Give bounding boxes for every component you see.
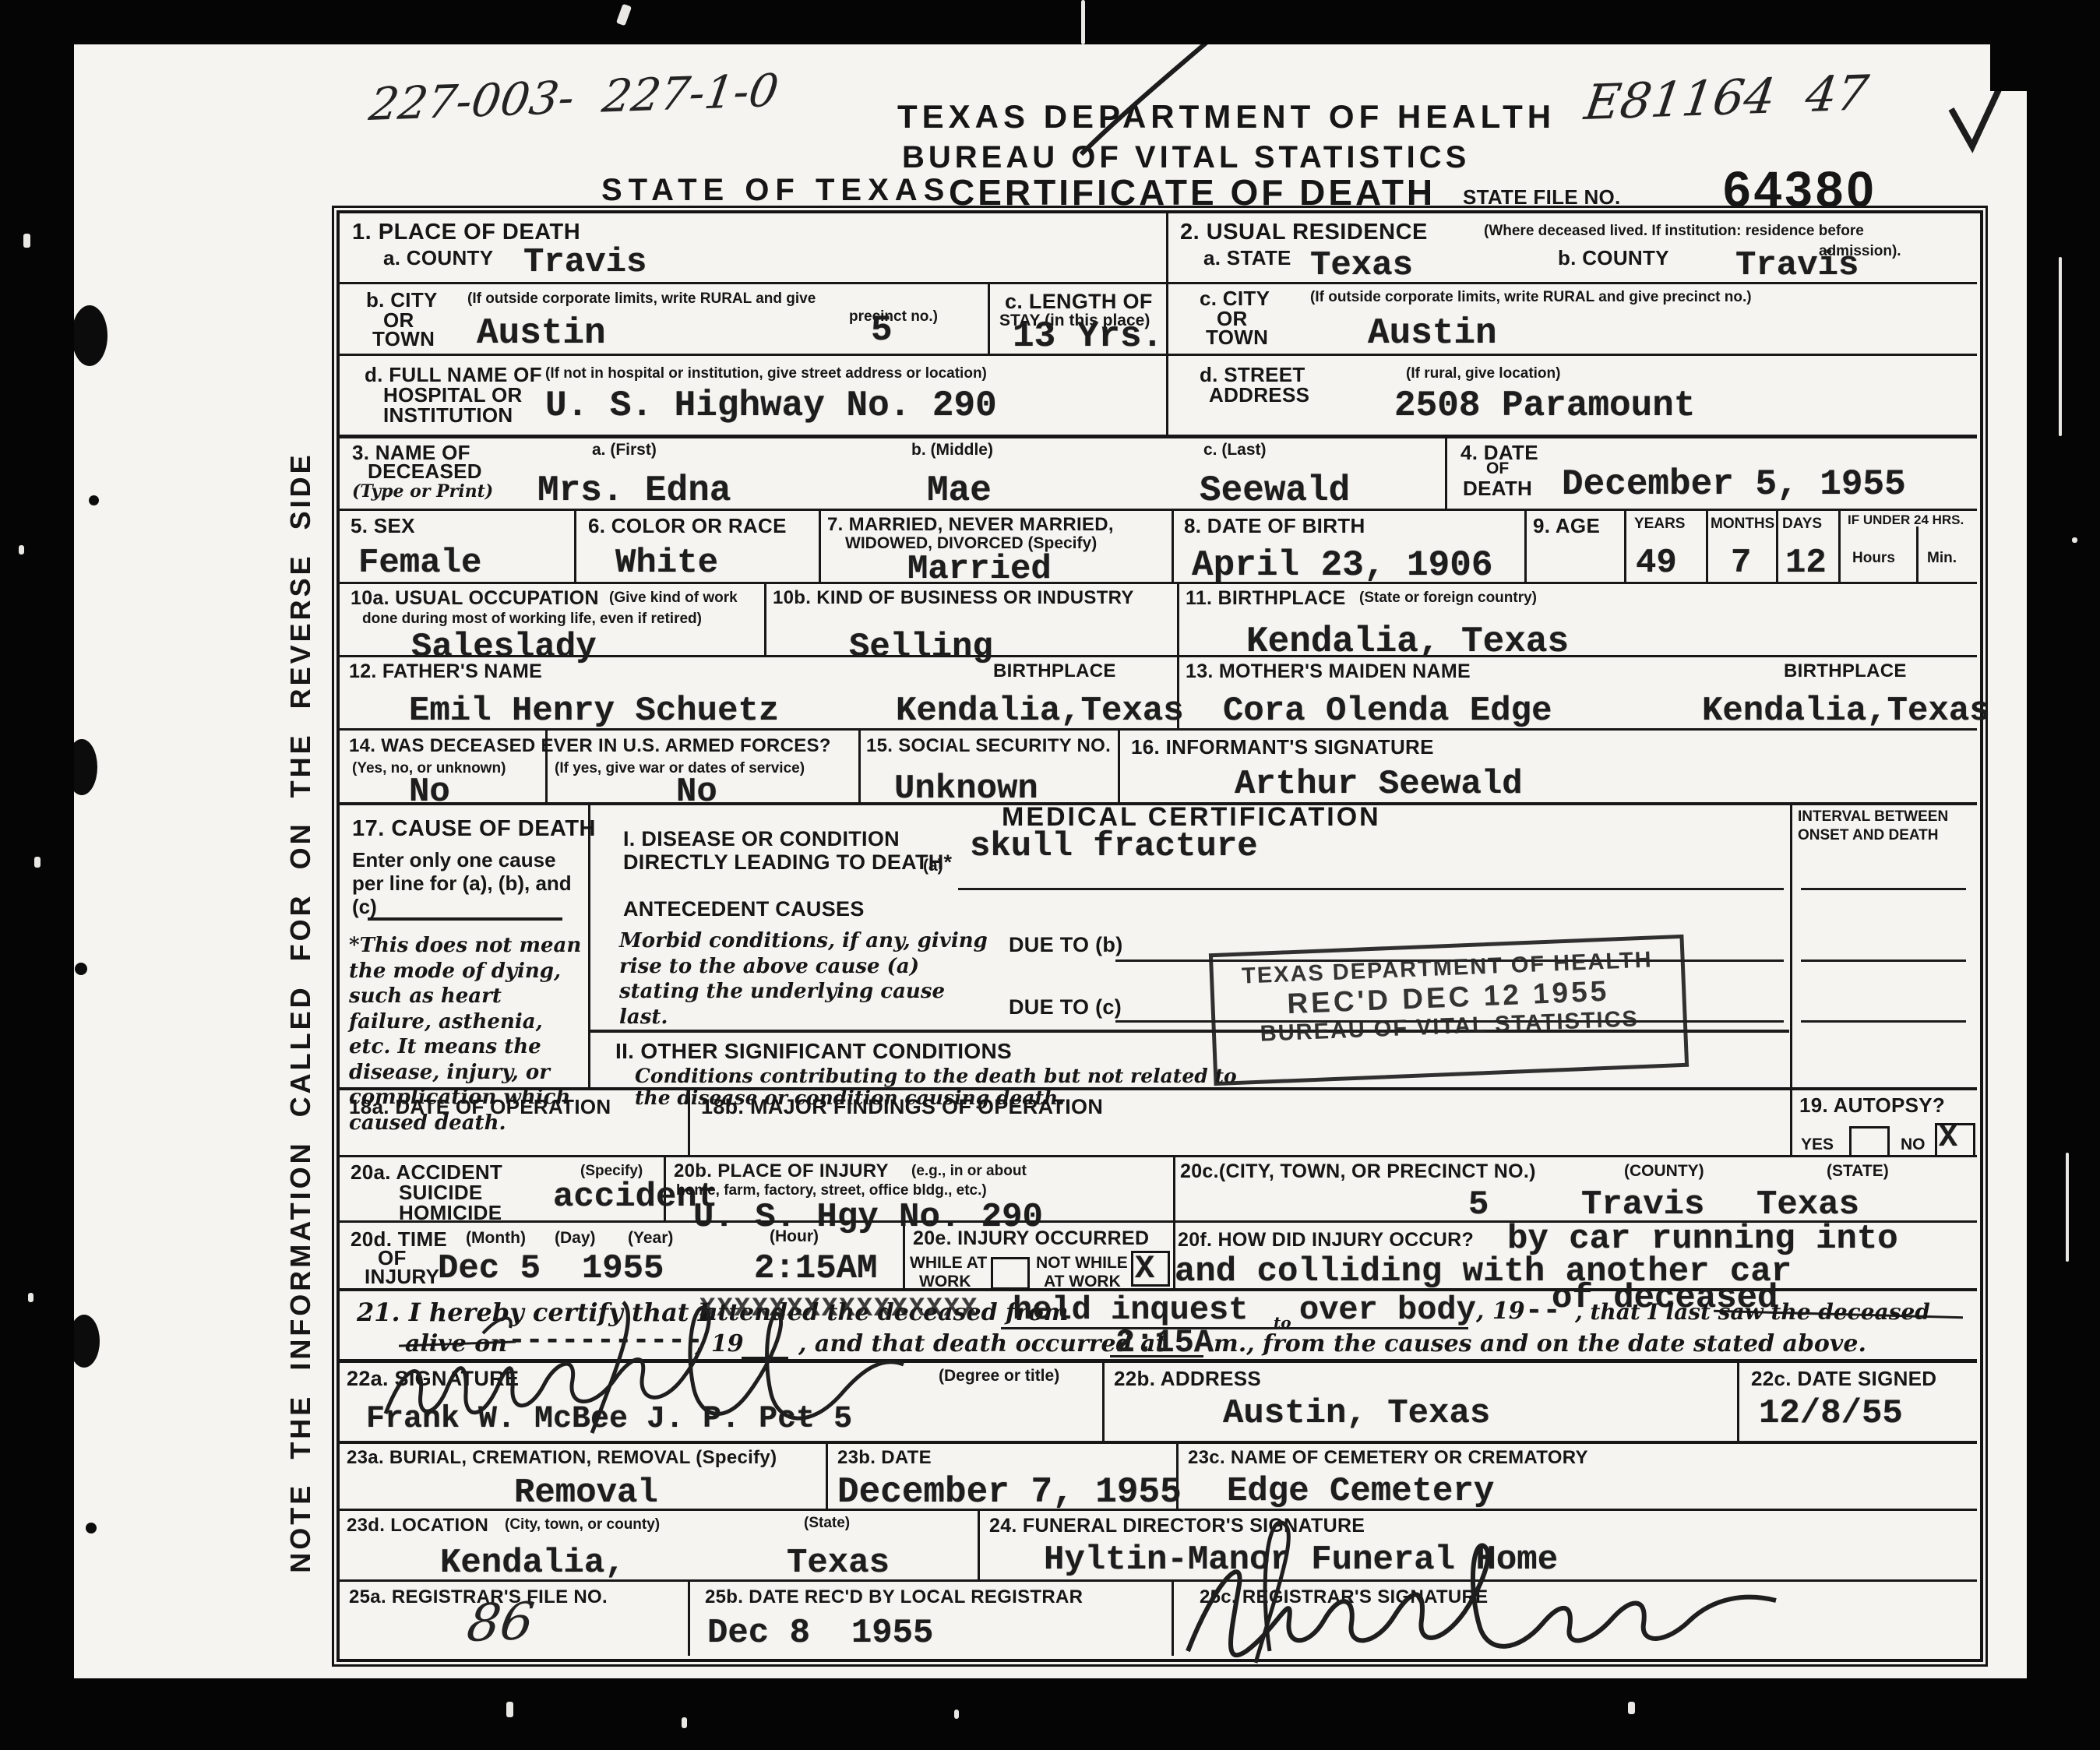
film-speck (28, 1293, 33, 1302)
film-bar-top (0, 0, 2100, 44)
film-bar-bottom (0, 1678, 2100, 1750)
scanned-death-certificate: 227-003- 227-1-0 TEXAS DEPARTMENT OF HEA… (0, 0, 2100, 1750)
film-speck (19, 545, 24, 555)
film-speck (506, 1702, 513, 1717)
film-corner-smudge (1990, 43, 2100, 91)
film-scratch (2066, 1153, 2069, 1262)
film-speck (954, 1710, 959, 1719)
film-scratch (1081, 0, 1085, 44)
registrar-signature-scribble (0, 0, 2100, 1750)
film-bar-right (2027, 0, 2100, 1750)
film-speck (1628, 1702, 1635, 1714)
film-speck (2072, 537, 2077, 543)
film-speck (34, 857, 41, 868)
film-speck (23, 234, 30, 248)
film-scratch (2059, 257, 2062, 436)
film-bar-left (0, 0, 74, 1750)
film-speck (682, 1717, 687, 1728)
